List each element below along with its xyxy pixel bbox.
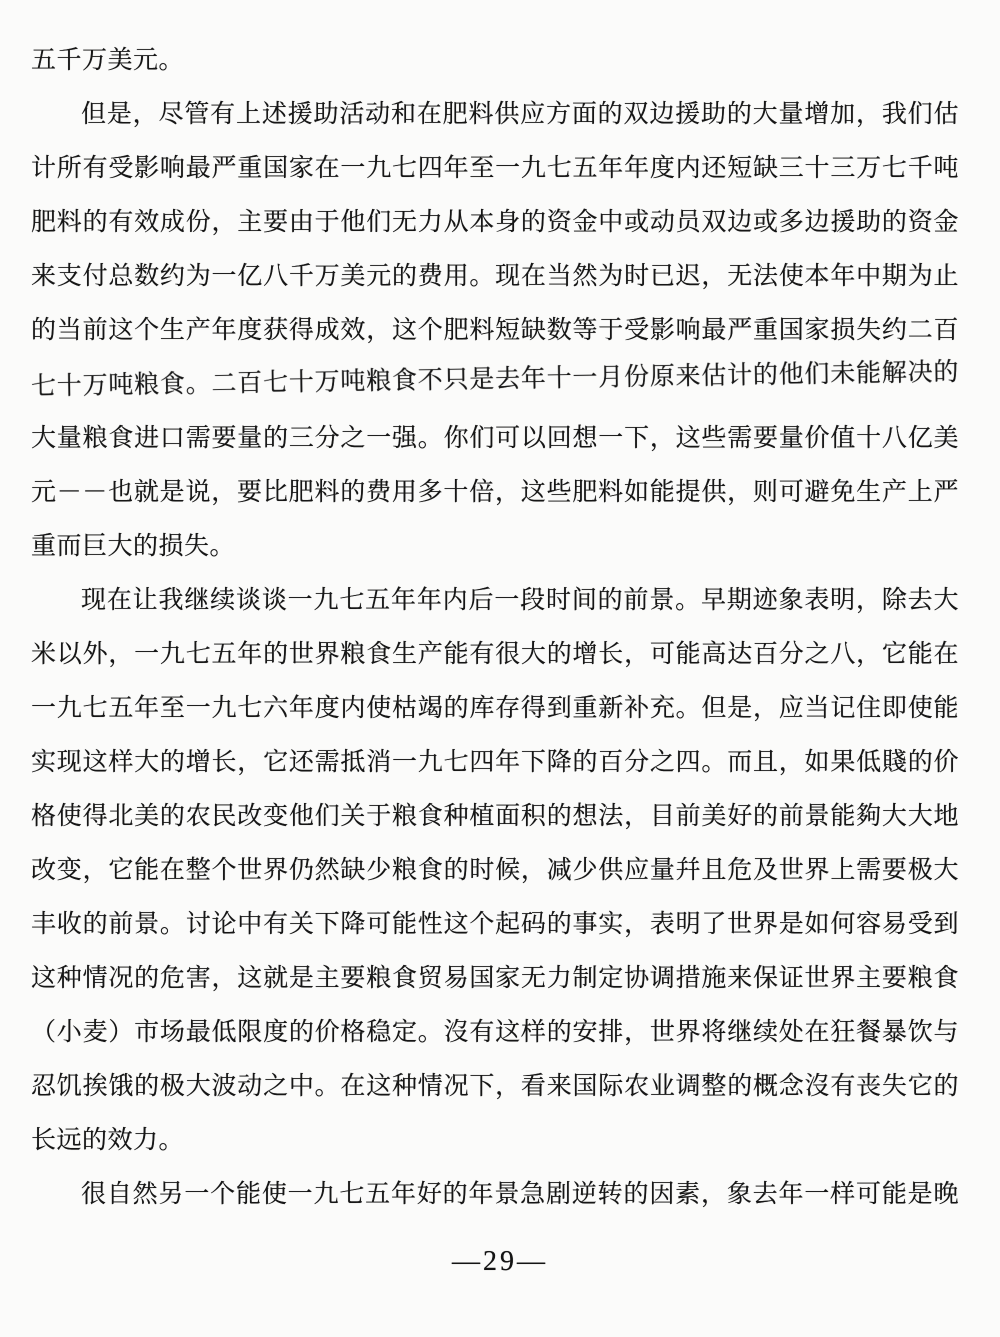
scanned-document-page: 五千万美元。 但是，尽管有上述援助活动和在肥料供应方面的双边援助的大量增加，我们… [0,0,1000,1337]
text-line: 现在让我继续谈谈一九七五年年内后一段时间的前景。早期迹象表明，除去大 [31,574,959,628]
text-line: 忍饥挨饿的极大波动之中。在这种情况下，看来国际农业调整的概念沒有丧失它的 [31,1060,959,1114]
text-line: 实现这样大的增长，它还需抵消一九七四年下降的百分之四。而且，如果低賤的价 [31,736,959,790]
document-body: 五千万美元。 但是，尽管有上述援助活动和在肥料供应方面的双边援助的大量增加，我们… [31,34,959,1222]
text-line: 这种情况的危害，这就是主要粮食贸易国家无力制定协调措施来保证世界主要粮食 [31,952,959,1006]
text-line: 元－－也就是说，要比肥料的费用多十倍，这些肥料如能提供，则可避免生产上严 [31,466,959,520]
text-line: 计所有受影响最严重国家在一九七四年至一九七五年年度内还短缺三十三万七千吨 [31,142,959,196]
text-line: 格使得北美的农民改变他们关于粮食种植面积的想法，目前美好的前景能夠大大地 [31,790,959,844]
page-number: —29— [0,1246,1000,1278]
text-line: 长远的效力。 [31,1114,959,1168]
text-line: 一九七五年至一九七六年度内使枯竭的库存得到重新补充。但是，应当记住即使能 [31,682,959,736]
text-line: 很自然另一个能使一九七五年好的年景急剧逆转的因素，象去年一样可能是晚 [31,1168,959,1222]
text-line: 但是，尽管有上述援助活动和在肥料供应方面的双边援助的大量增加，我们估 [31,88,959,142]
text-line: 米以外，一九七五年的世界粮食生产能有很大的增长，可能高达百分之八，它能在 [31,628,959,682]
text-line: 重而巨大的损失。 [31,520,959,574]
text-line: 大量粮食进口需要量的三分之一强。你们可以回想一下，这些需要量价值十八亿美 [31,412,959,466]
text-line: 五千万美元。 [31,34,959,88]
text-line: 肥料的有效成份，主要由于他们无力从本身的资金中或动员双边或多边援助的资金 [31,196,959,250]
text-line: 来支付总数约为一亿八千万美元的费用。现在当然为时已迟，无法使本年中期为止 [31,250,959,304]
text-line: 改变，它能在整个世界仍然缺少粮食的时候，减少供应量幷且危及世界上需要极大 [31,844,959,898]
text-line: 丰收的前景。讨论中有关下降可能性这个起码的事实，表明了世界是如何容易受到 [31,898,959,952]
text-line: （小麦）市场最低限度的价格稳定。沒有这样的安排，世界将继续处在狂餐暴饮与 [31,1006,959,1060]
